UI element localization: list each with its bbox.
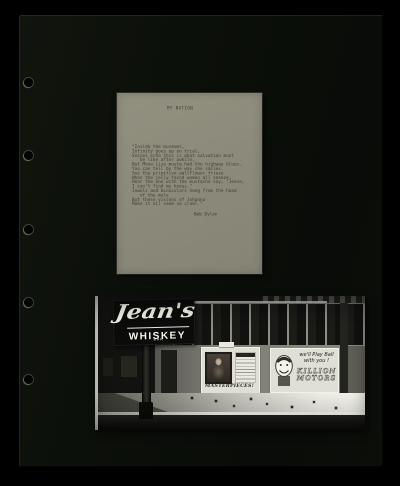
binder-hole — [24, 298, 33, 307]
card-title: MY NATION — [167, 106, 193, 111]
bar-sign: Jean's BAR WHISKEY — [112, 298, 195, 346]
typed-poem-card: MY NATION "Inside the museums, Infinity … — [117, 93, 262, 274]
cartoon-face-illustration — [274, 353, 294, 386]
photo-album-scan: MY NATION "Inside the museums, Infinity … — [0, 0, 400, 486]
billboard-maker-label — [219, 342, 234, 348]
storefront-window — [121, 356, 137, 377]
storefront-window — [103, 358, 113, 376]
utility-pole — [142, 340, 151, 406]
utility-pole-base — [139, 402, 153, 419]
masterpieces-caption: MASTERPIECES! — [201, 383, 258, 389]
motors-brand-text: KILLION MOTORS — [295, 368, 338, 382]
comic-poster-banner — [236, 353, 255, 357]
corner-pillar — [340, 303, 348, 393]
binder-hole — [24, 151, 33, 160]
mona-lisa-poster — [205, 352, 232, 384]
poem-attribution: Bob Dylan — [194, 212, 218, 217]
poem-text: "Inside the museums, Infinity goes up on… — [132, 145, 277, 207]
motors-pitch-text: we'll Play Ball with you ! — [295, 352, 338, 364]
storefront-door — [161, 350, 177, 393]
binder-hole — [24, 375, 33, 384]
street — [95, 415, 365, 430]
bar-sign-product: WHISKEY — [124, 330, 190, 343]
bar-sign-name: Jean's — [114, 298, 210, 325]
binder-hole — [24, 225, 33, 234]
right-wall — [348, 346, 365, 393]
photo-print-edge — [95, 296, 98, 430]
photograph: MASTERPIECES! we'll Play Ball with you !… — [95, 296, 365, 430]
binder-hole — [24, 78, 33, 87]
